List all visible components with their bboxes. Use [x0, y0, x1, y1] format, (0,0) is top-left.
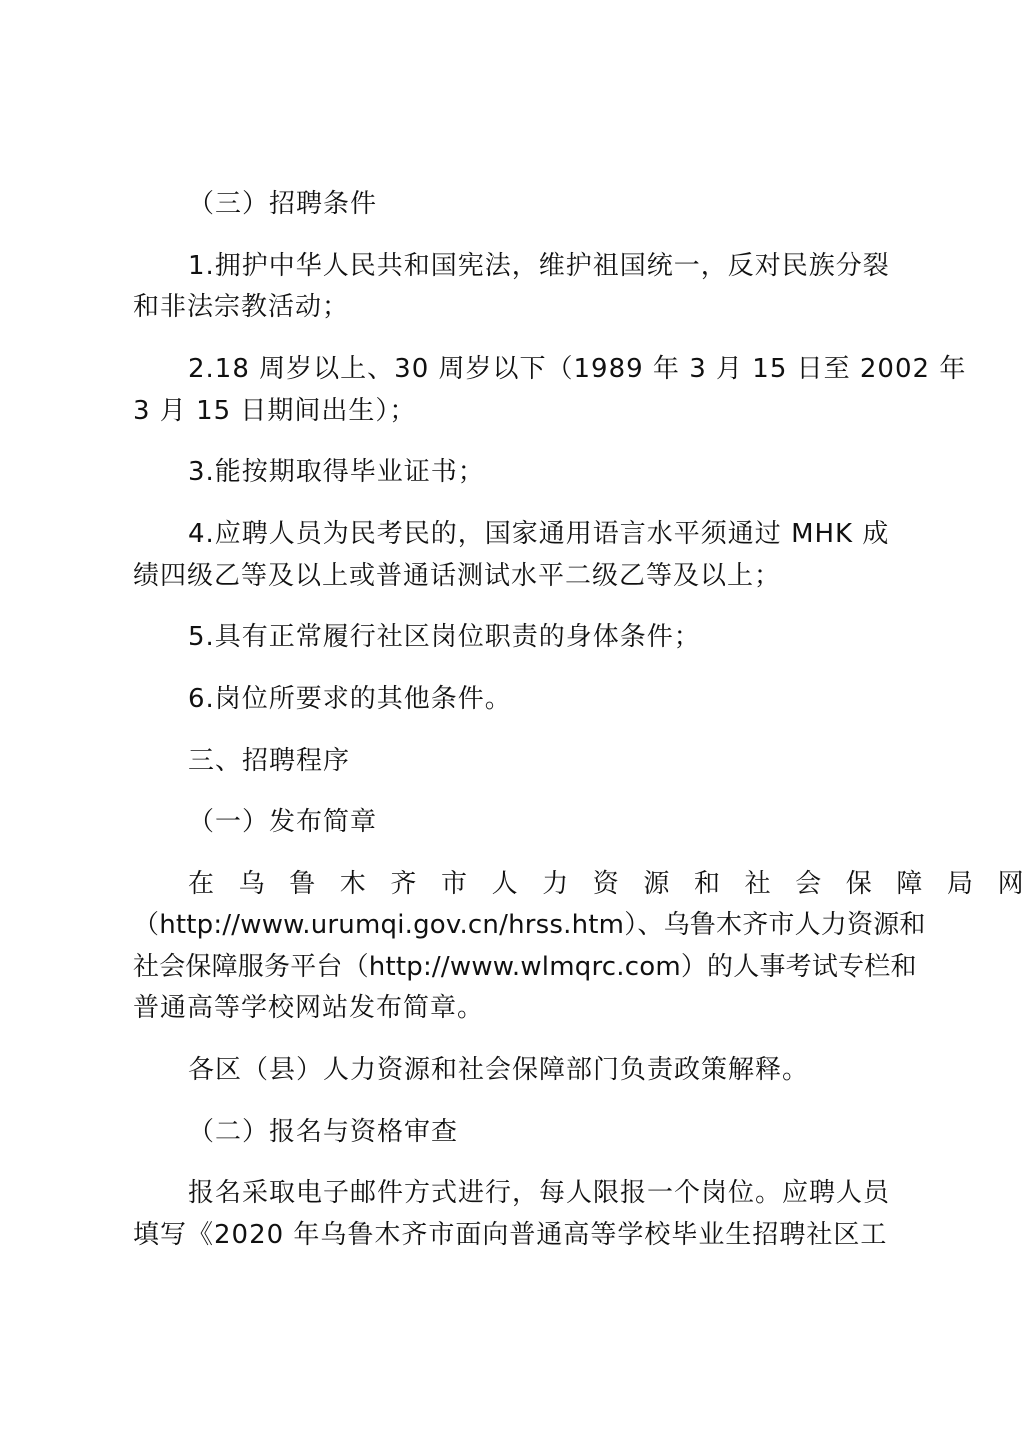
condition-6: 6.岗位所要求的其他条件。 — [188, 679, 893, 719]
condition-4-line-1: 4.应聘人员为民考民的，国家通用语言水平须通过 MHK 成 — [188, 514, 893, 554]
policy-explanation-note: 各区（县）人力资源和社会保障部门负责政策解释。 — [188, 1050, 893, 1090]
publish-notice-line-2: （http://www.urumqi.gov.cn/hrss.htm）、乌鲁木齐… — [133, 905, 893, 945]
condition-4-line-2: 绩四级乙等及以上或普通话测试水平二级乙等及以上； — [133, 556, 893, 596]
condition-2-line-1: 2.18 周岁以上、30 周岁以下（1989 年 3 月 15 日至 2002 … — [188, 349, 893, 389]
condition-1-line-1: 1.拥护中华人民共和国宪法，维护祖国统一，反对民族分裂 — [188, 246, 893, 286]
document-page: （三）招聘条件 1.拥护中华人民共和国宪法，维护祖国统一，反对民族分裂 和非法宗… — [0, 0, 1024, 1448]
section-heading-recruitment-conditions: （三）招聘条件 — [188, 184, 893, 224]
registration-line-1: 报名采取电子邮件方式进行，每人限报一个岗位。应聘人员 — [188, 1173, 893, 1213]
publish-notice-line-3: 社会保障服务平台（http://www.wlmqrc.com）的人事考试专栏和 — [133, 947, 893, 987]
condition-1-line-2: 和非法宗教活动； — [133, 287, 893, 327]
publish-notice-line-4: 普通高等学校网站发布简章。 — [133, 988, 893, 1028]
subsection-heading-registration-review: （二）报名与资格审查 — [188, 1112, 893, 1152]
condition-3: 3.能按期取得毕业证书； — [188, 452, 893, 492]
registration-line-2: 填写《2020 年乌鲁木齐市面向普通高等学校毕业生招聘社区工 — [133, 1215, 893, 1255]
condition-2-line-2: 3 月 15 日期间出生）； — [133, 391, 893, 431]
subsection-heading-publish-notice: （一）发布简章 — [188, 802, 893, 842]
condition-5: 5.具有正常履行社区岗位职责的身体条件； — [188, 617, 893, 657]
section-heading-recruitment-procedure: 三、招聘程序 — [188, 741, 893, 781]
publish-notice-line-1: 在乌鲁木齐市人力资源和社会保障局网 — [188, 864, 893, 904]
